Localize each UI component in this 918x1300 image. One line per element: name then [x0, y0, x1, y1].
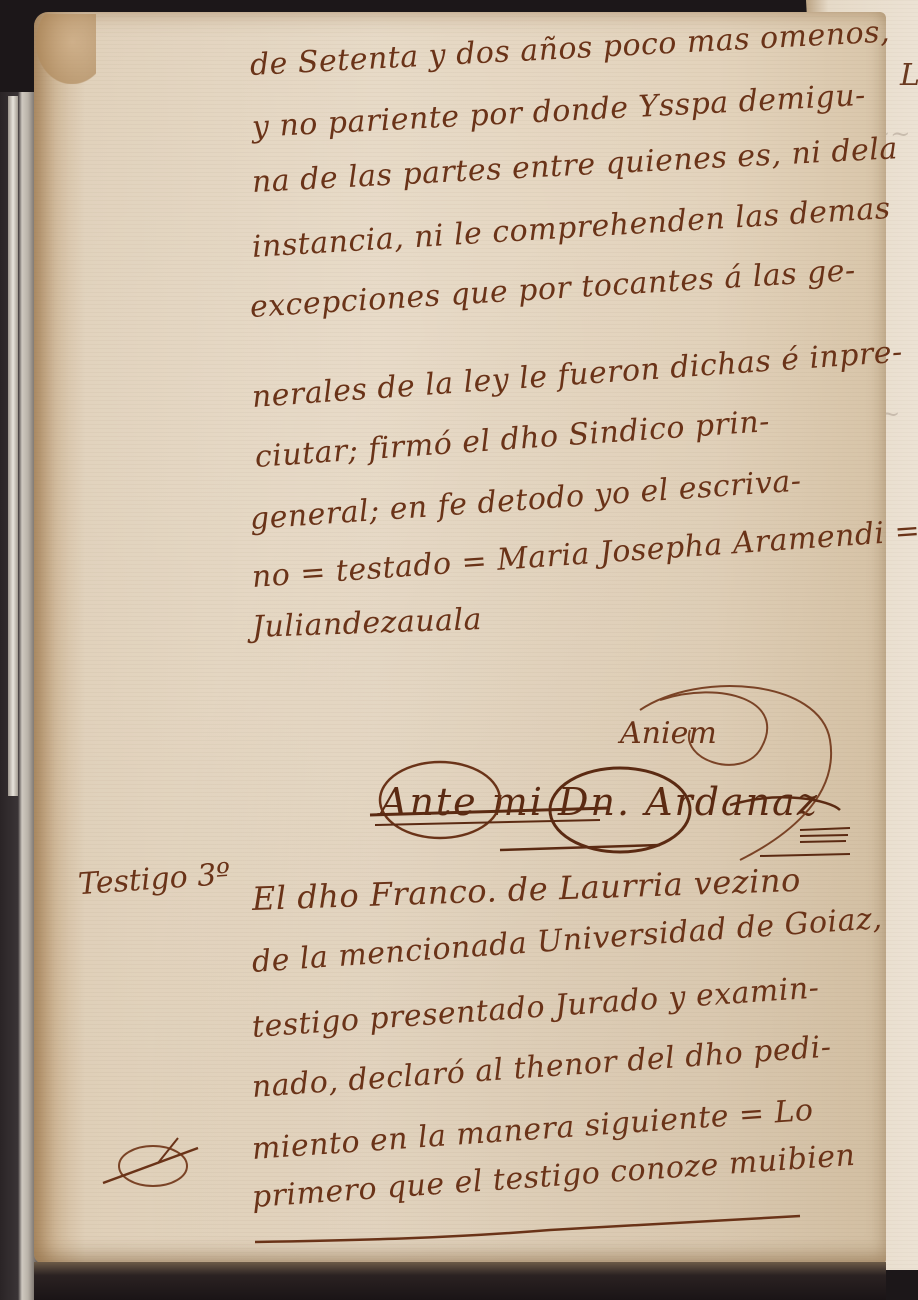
closing-underline [250, 1200, 810, 1254]
book-cover-strip [8, 96, 18, 796]
page-stain [36, 14, 96, 84]
page-bottom-shadow [34, 1262, 886, 1300]
facing-page-letter: L [900, 58, 918, 93]
rubric-mark-icon [98, 1128, 208, 1202]
